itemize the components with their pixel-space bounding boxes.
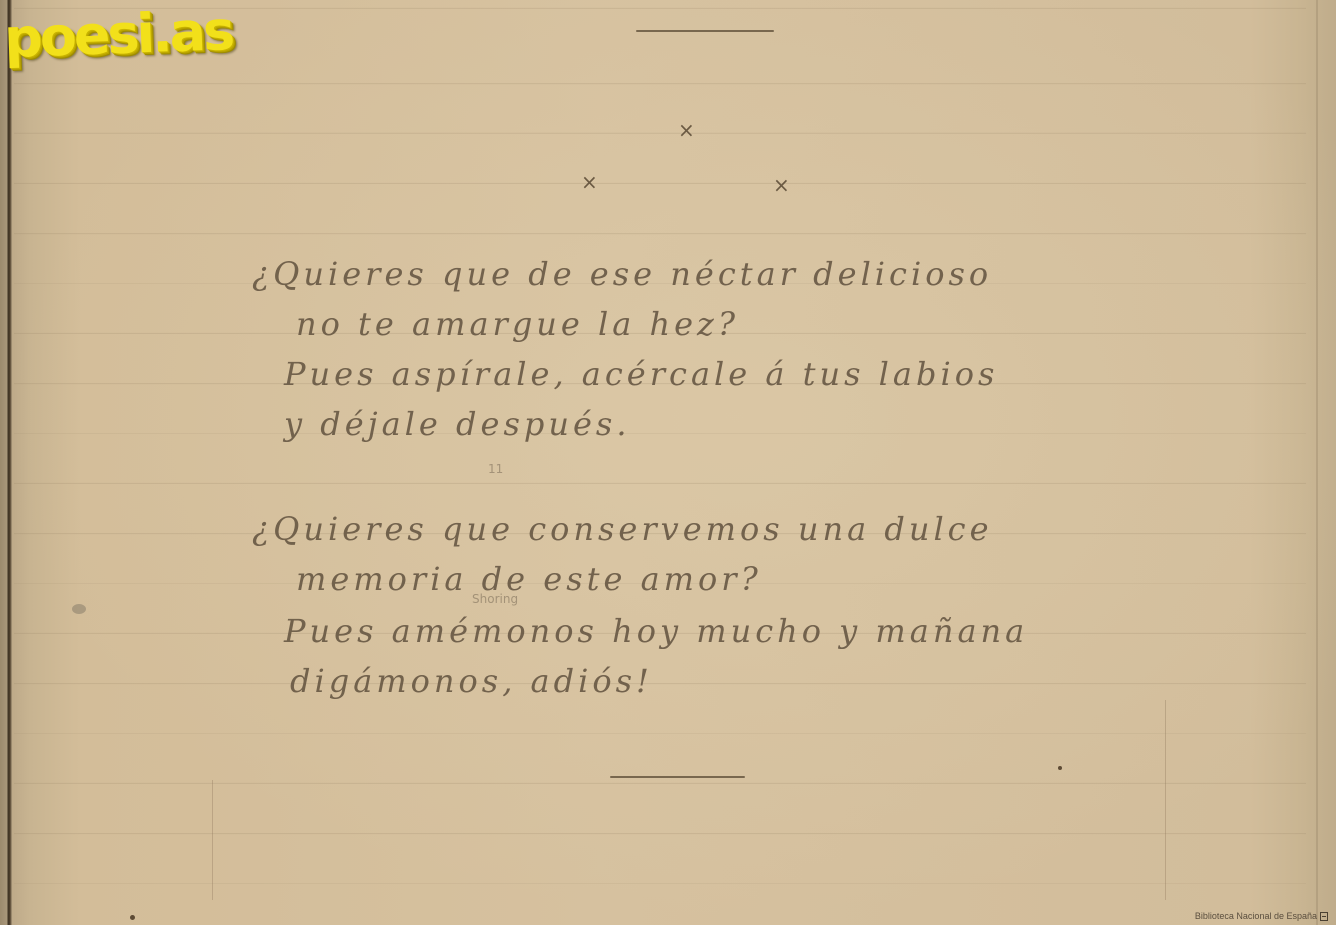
ink-spot [1058,766,1062,770]
paper-crease [1165,700,1166,900]
manuscript-page: poesi.as × × × ¿Quieres que de ese nécta… [0,0,1336,925]
poem-line: y déjale después. [284,405,630,443]
poem-line: ¿Quieres que conservemos una dulce [252,510,993,548]
watermark-text: Biblioteca Nacional de España [1195,911,1317,921]
library-logo-icon [1320,912,1328,921]
ruled-lines [14,0,1306,925]
poem-line: memoria de este amor? [296,560,762,598]
site-logo[interactable]: poesi.as [3,4,233,66]
right-page-fold [1316,0,1318,925]
top-section-rule [636,30,774,32]
poem-line: Pues amémonos hoy mucho y mañana [284,612,1028,650]
page-binding-edge [0,0,12,925]
poem-line: ¿Quieres que de ese néctar delicioso [252,255,992,293]
cross-mark-icon: × [581,172,598,192]
cross-mark-icon: × [678,120,695,140]
pencil-note: Shoring [472,592,518,606]
cross-mark-icon: × [773,175,790,195]
poem-line: Pues aspírale, acércale á tus labios [284,355,998,393]
poem-line: digámonos, adiós! [290,662,653,700]
ink-spot [130,915,135,920]
paper-stain [72,604,86,614]
pencil-note: 11 [488,462,503,476]
paper-crease [212,780,213,900]
bottom-section-rule [610,776,745,778]
library-watermark: Biblioteca Nacional de España [1195,911,1328,921]
poem-line: no te amargue la hez? [296,305,739,343]
